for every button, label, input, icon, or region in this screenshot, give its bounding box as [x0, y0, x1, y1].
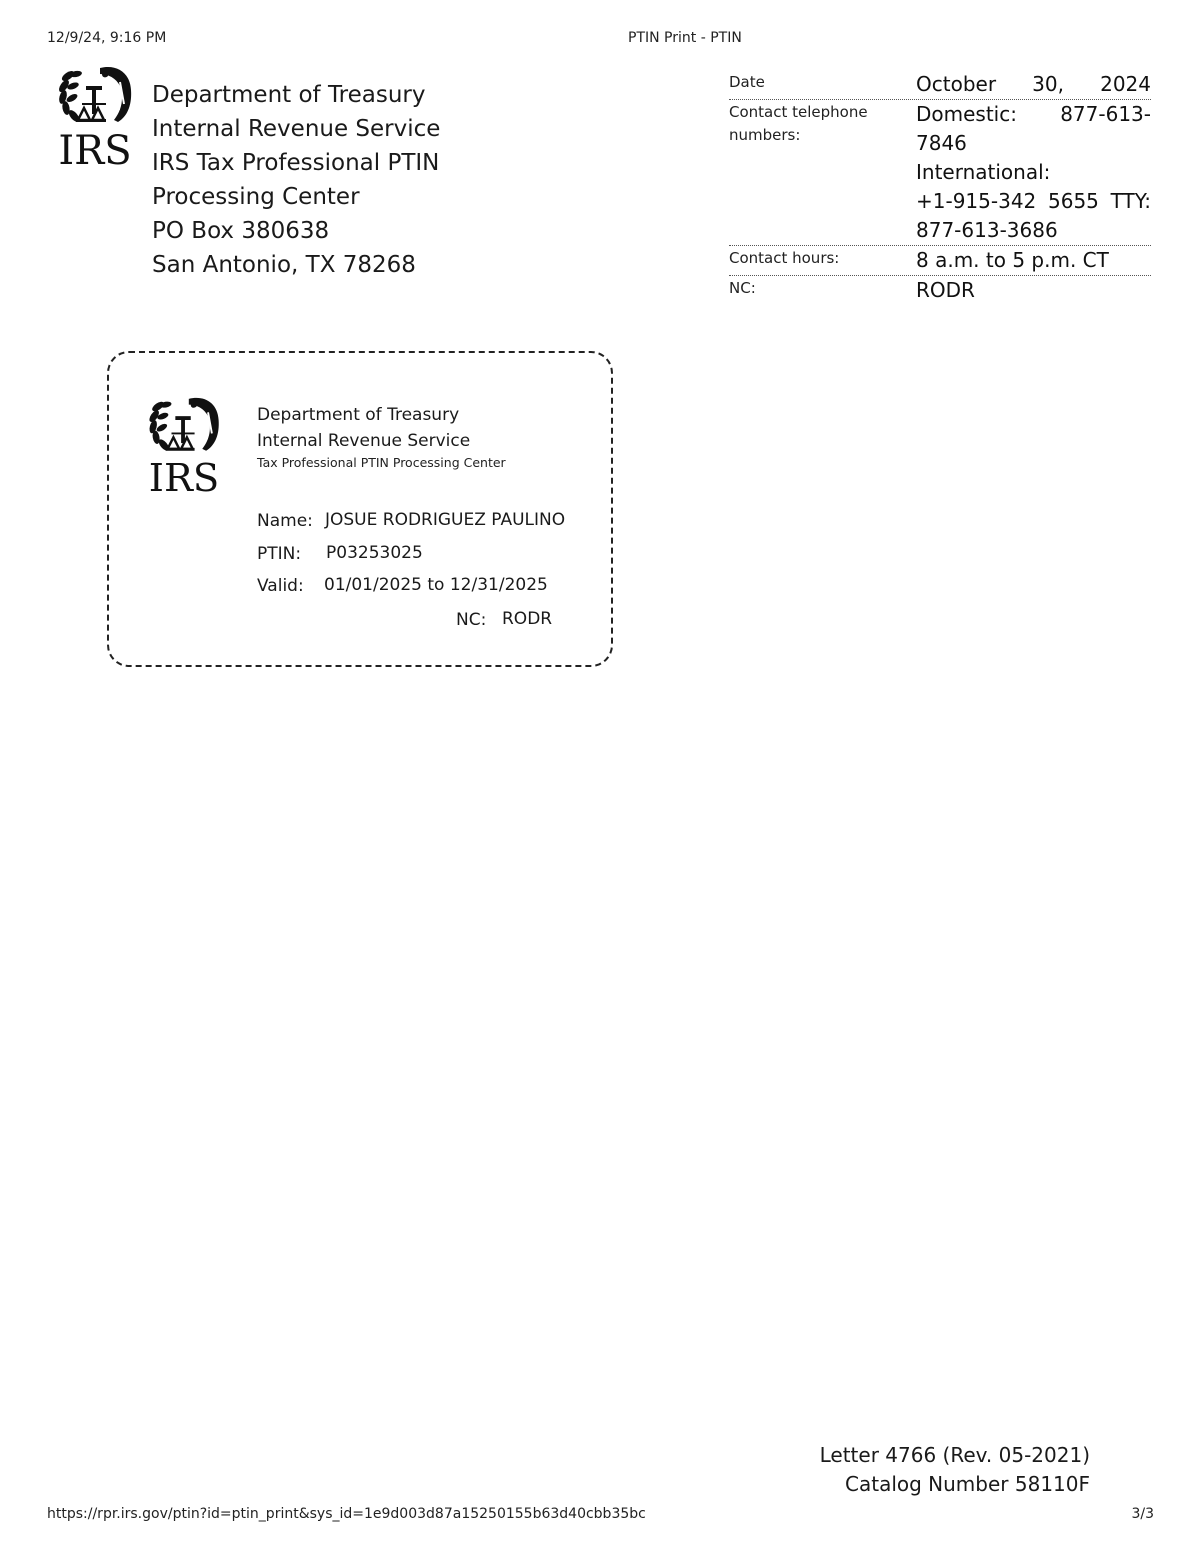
- info-row-phones: Contact telephone numbers: Domestic: 877…: [729, 100, 1151, 246]
- date-value: October 30, 2024: [916, 70, 1151, 99]
- sender-address: Department of Treasury Internal Revenue …: [152, 78, 440, 282]
- page-url: https://rpr.irs.gov/ptin?id=ptin_print&s…: [47, 1506, 646, 1522]
- hours-label: Contact hours:: [729, 246, 916, 275]
- card-nc-value: RODR: [502, 609, 552, 629]
- phones-label: Contact telephone numbers:: [729, 100, 916, 245]
- phones-label-line: numbers:: [729, 124, 916, 147]
- card-nc-label: NC:: [456, 610, 486, 630]
- hours-value: 8 a.m. to 5 p.m. CT: [916, 246, 1151, 275]
- address-line: IRS Tax Professional PTIN: [152, 146, 440, 180]
- international-phone: +1-915-342 5655 TTY:: [916, 187, 1151, 216]
- print-page-title: PTIN Print - PTIN: [628, 30, 742, 46]
- address-line: PO Box 380638: [152, 214, 440, 248]
- card-header-subline: Tax Professional PTIN Processing Center: [257, 454, 506, 472]
- valid-value: 01/01/2025 to 12/31/2025: [324, 575, 548, 595]
- nc-label: NC:: [729, 276, 916, 305]
- valid-label: Valid:: [257, 576, 304, 596]
- info-row-date: Date October 30, 2024: [729, 70, 1151, 100]
- catalog-number: Catalog Number 58110F: [820, 1470, 1090, 1499]
- nc-value: RODR: [916, 276, 1151, 305]
- name-label: Name:: [257, 511, 313, 531]
- phones-label-line: Contact telephone: [729, 101, 916, 124]
- card-header-line: Department of Treasury: [257, 402, 506, 428]
- info-row-hours: Contact hours: 8 a.m. to 5 p.m. CT: [729, 246, 1151, 276]
- irs-eagle-logo-icon: IRS: [56, 64, 134, 168]
- address-line: San Antonio, TX 78268: [152, 248, 440, 282]
- ptin-label: PTIN:: [257, 544, 301, 564]
- letter-number: Letter 4766 (Rev. 05-2021): [820, 1441, 1090, 1470]
- irs-eagle-logo-icon: IRS: [146, 395, 222, 495]
- print-datetime: 12/9/24, 9:16 PM: [47, 30, 166, 46]
- svg-text:IRS: IRS: [149, 456, 220, 495]
- phones-value: Domestic: 877-613-7846 International: +1…: [916, 100, 1151, 245]
- info-row-nc: NC: RODR: [729, 276, 1151, 305]
- letter-info: Letter 4766 (Rev. 05-2021) Catalog Numbe…: [820, 1441, 1090, 1499]
- card-header: Department of Treasury Internal Revenue …: [257, 402, 506, 472]
- date-label: Date: [729, 70, 916, 99]
- address-line: Internal Revenue Service: [152, 112, 440, 146]
- card-header-line: Internal Revenue Service: [257, 428, 506, 454]
- address-line: Processing Center: [152, 180, 440, 214]
- address-line: Department of Treasury: [152, 78, 440, 112]
- name-value: JOSUE RODRIGUEZ PAULINO: [325, 510, 565, 530]
- svg-text:IRS: IRS: [58, 128, 131, 168]
- page-number: 3/3: [1131, 1506, 1154, 1522]
- contact-info-table: Date October 30, 2024 Contact telephone …: [729, 70, 1151, 305]
- domestic-phone: Domestic: 877-613-7846: [916, 100, 1151, 158]
- tty-phone: 877-613-3686: [916, 216, 1151, 245]
- ptin-value: P03253025: [326, 543, 423, 563]
- international-label: International:: [916, 158, 1151, 187]
